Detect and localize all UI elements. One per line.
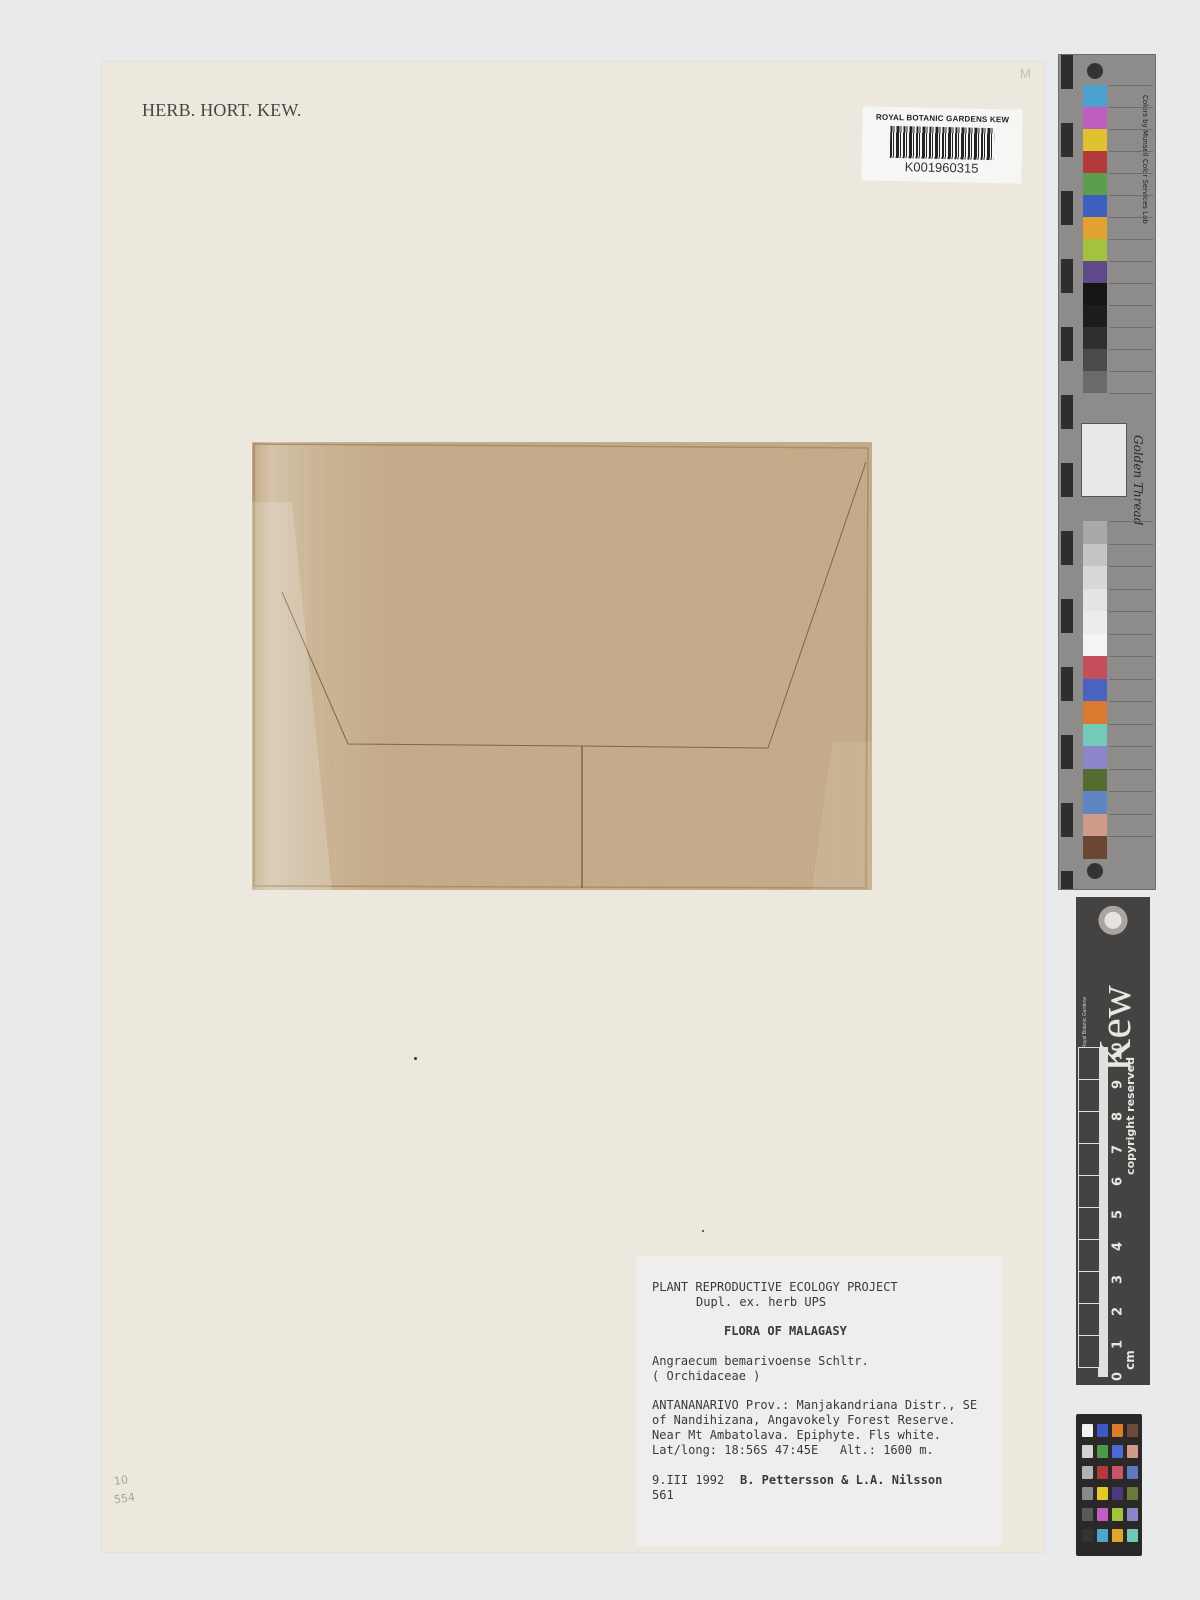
fragment-packet <box>252 442 872 890</box>
color-swatch <box>1083 85 1107 107</box>
swatch-divider <box>1109 151 1153 152</box>
mini-color-swatch <box>1112 1466 1123 1479</box>
scale-number: 3 <box>1111 1269 1126 1289</box>
scale-number: 4 <box>1111 1237 1126 1257</box>
mini-color-swatch <box>1097 1424 1108 1437</box>
swatch-divider <box>1109 746 1153 747</box>
swatch-divider <box>1109 239 1153 240</box>
project-line: PLANT REPRODUCTIVE ECOLOGY PROJECT <box>652 1280 898 1295</box>
pencil-note-1: 10 <box>113 1473 129 1488</box>
collectors: B. Pettersson & L.A. Nilsson <box>740 1473 942 1488</box>
mini-color-swatch <box>1127 1487 1138 1500</box>
swatch-divider <box>1109 769 1153 770</box>
scale-segment <box>1078 1335 1100 1368</box>
color-swatch <box>1083 724 1107 747</box>
taxon-name: Angraecum bemarivoense Schltr. <box>652 1354 869 1369</box>
barcode-id: K001960315 <box>861 158 1021 176</box>
card-hole <box>1087 863 1103 879</box>
color-swatch <box>1083 283 1107 305</box>
scale-number: 2 <box>1111 1302 1126 1322</box>
mini-color-swatch <box>1112 1529 1123 1542</box>
scale-segment <box>1078 1207 1100 1240</box>
mini-color-swatch <box>1127 1445 1138 1458</box>
gray-target <box>1081 423 1127 497</box>
flora-heading: FLORA OF MALAGASY <box>724 1324 847 1339</box>
inch-ruler <box>1061 55 1073 889</box>
sheet-speck <box>414 1057 417 1060</box>
scale-segment <box>1078 1303 1100 1336</box>
mini-color-swatch <box>1127 1508 1138 1521</box>
swatch-divider <box>1109 195 1153 196</box>
color-calibration-card: Colors by Munsell Color Services Lab Gol… <box>1058 54 1156 890</box>
swatch-divider <box>1109 679 1153 680</box>
herbarium-sheet: HERB. HORT. KEW. M ROYAL BOTANIC GARDENS… <box>102 62 1044 1552</box>
mini-color-swatch <box>1127 1466 1138 1479</box>
kew-crest-icon <box>1098 905 1128 939</box>
swatch-divider <box>1109 85 1153 86</box>
scale-number: 8 <box>1111 1107 1126 1127</box>
color-swatch <box>1083 151 1107 173</box>
swatch-divider <box>1109 393 1153 394</box>
mini-color-swatch <box>1127 1424 1138 1437</box>
color-swatch <box>1083 371 1107 393</box>
mini-color-swatch <box>1097 1529 1108 1542</box>
sheet-speck <box>702 1230 704 1232</box>
color-swatch <box>1083 611 1107 634</box>
mini-color-swatch <box>1097 1445 1108 1458</box>
barcode-icon <box>890 126 995 160</box>
mini-color-swatch <box>1112 1445 1123 1458</box>
scale-number: 1 <box>1111 1334 1126 1354</box>
swatch-divider <box>1109 814 1153 815</box>
swatch-divider <box>1109 566 1153 567</box>
swatch-divider <box>1109 656 1153 657</box>
color-swatch <box>1083 634 1107 657</box>
swatch-divider <box>1109 544 1153 545</box>
copyright-text: copyright reserved <box>1124 1057 1137 1175</box>
mini-color-swatch <box>1112 1487 1123 1500</box>
color-swatch <box>1083 814 1107 837</box>
locality-line-1: ANTANANARIVO Prov.: Manjakandriana Distr… <box>652 1398 977 1413</box>
color-swatch <box>1083 195 1107 217</box>
swatch-divider <box>1109 305 1153 306</box>
scale-number: 7 <box>1111 1139 1126 1159</box>
packet-fold-lines <box>252 442 872 890</box>
card-brand: Golden Thread <box>1131 435 1145 525</box>
scale-segment <box>1078 1111 1100 1144</box>
collection-date: 9.III 1992 <box>652 1473 724 1488</box>
color-swatch <box>1083 589 1107 612</box>
color-swatch <box>1083 701 1107 724</box>
color-swatch <box>1083 129 1107 151</box>
card-side-text: Colors by Munsell Color Services Lab <box>1141 95 1149 224</box>
scale-segment <box>1078 1271 1100 1304</box>
color-swatch <box>1083 305 1107 327</box>
scale-number: 6 <box>1111 1172 1126 1192</box>
scale-number: 0 <box>1111 1367 1126 1387</box>
barcode-label: ROYAL BOTANIC GARDENS KEW K001960315 <box>861 106 1023 183</box>
scale-segment <box>1078 1047 1100 1080</box>
color-swatch <box>1083 746 1107 769</box>
color-swatch <box>1083 349 1107 371</box>
color-swatch <box>1083 173 1107 195</box>
color-swatch <box>1083 521 1107 544</box>
pencil-note-2: 554 <box>113 1491 136 1507</box>
color-swatch <box>1083 769 1107 792</box>
mini-color-swatch <box>1082 1466 1093 1479</box>
swatch-divider <box>1109 701 1153 702</box>
locality-line-2: of Nandihizana, Angavokely Forest Reserv… <box>652 1413 955 1428</box>
color-swatch <box>1083 679 1107 702</box>
mini-color-swatch <box>1082 1529 1093 1542</box>
color-swatch <box>1083 239 1107 261</box>
color-swatch <box>1083 217 1107 239</box>
card-hole <box>1087 63 1103 79</box>
scale-boxes <box>1078 1047 1102 1377</box>
color-swatch <box>1083 566 1107 589</box>
scale-number: 5 <box>1111 1204 1126 1224</box>
corner-mark: M <box>1020 66 1031 81</box>
swatch-divider <box>1109 129 1153 130</box>
scale-number: 9 <box>1111 1074 1126 1094</box>
family-name: ( Orchidaceae ) <box>652 1369 760 1384</box>
color-swatch <box>1083 656 1107 679</box>
herbarium-header: HERB. HORT. KEW. <box>142 100 302 121</box>
swatch-divider <box>1109 791 1153 792</box>
mini-color-swatch <box>1097 1466 1108 1479</box>
swatch-divider <box>1109 371 1153 372</box>
barcode-institution: ROYAL BOTANIC GARDENS KEW <box>862 112 1022 124</box>
collection-number: 561 <box>652 1488 674 1503</box>
mini-color-swatch <box>1112 1508 1123 1521</box>
mini-color-swatch <box>1097 1508 1108 1521</box>
determination-label: PLANT REPRODUCTIVE ECOLOGY PROJECT Dupl.… <box>636 1256 1002 1546</box>
color-swatch <box>1083 544 1107 567</box>
locality-line-3: Near Mt Ambatolava. Epiphyte. Fls white. <box>652 1428 941 1443</box>
scale-number: 10 <box>1111 1042 1126 1062</box>
scale-segment <box>1078 1239 1100 1272</box>
swatch-divider <box>1109 327 1153 328</box>
swatch-divider <box>1109 521 1153 522</box>
mini-color-swatch <box>1127 1529 1138 1542</box>
swatch-divider <box>1109 107 1153 108</box>
swatch-divider <box>1109 261 1153 262</box>
swatch-divider <box>1109 634 1153 635</box>
locality-line-4: Lat/long: 18:56S 47:45E Alt.: 1600 m. <box>652 1443 934 1458</box>
swatch-divider <box>1109 836 1153 837</box>
swatch-divider <box>1109 173 1153 174</box>
source-line: Dupl. ex. herb UPS <box>696 1295 826 1310</box>
swatch-divider <box>1109 283 1153 284</box>
scale-segment <box>1078 1079 1100 1112</box>
swatch-divider <box>1109 217 1153 218</box>
color-swatch <box>1083 327 1107 349</box>
swatch-divider <box>1109 589 1153 590</box>
color-swatch <box>1083 261 1107 283</box>
mini-color-chart <box>1076 1414 1142 1556</box>
color-swatch <box>1083 393 1107 415</box>
swatch-divider <box>1109 724 1153 725</box>
swatch-divider <box>1109 611 1153 612</box>
color-swatch <box>1083 836 1107 859</box>
kew-scale-bar: Kew Royal Botanic Gardens copyright rese… <box>1076 897 1150 1385</box>
scale-segment <box>1078 1143 1100 1176</box>
swatch-divider <box>1109 349 1153 350</box>
color-swatch <box>1083 107 1107 129</box>
mini-color-swatch <box>1097 1487 1108 1500</box>
color-swatch <box>1083 791 1107 814</box>
mini-color-swatch <box>1082 1424 1093 1437</box>
mini-color-swatch <box>1082 1508 1093 1521</box>
mini-color-swatch <box>1082 1445 1093 1458</box>
kew-logo-subtext: Royal Botanic Gardens <box>1082 997 1088 1048</box>
mini-color-swatch <box>1082 1487 1093 1500</box>
scale-segment <box>1078 1175 1100 1208</box>
mini-color-swatch <box>1112 1424 1123 1437</box>
